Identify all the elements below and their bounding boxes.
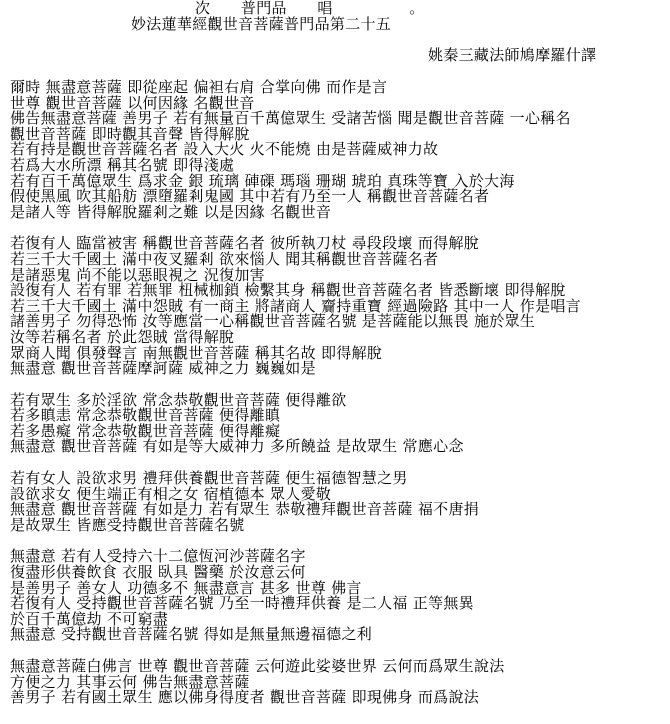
paragraph-5: 無盡意 若有人受持六十二億恆河沙菩薩名字 復盡形供養飲食 衣服 臥具 醫藥 於汝… [10,549,670,643]
text-line: 無盡意 觀世音菩薩摩訶薩 威神之力 巍巍如是 [10,361,670,377]
paragraph-1: 爾時 無盡意菩薩 即從座起 偏袒右肩 合掌向佛 而作是言 世尊 觀世音菩薩 以何… [10,80,670,220]
text-line: 無盡意 受持觀世音菩薩名號 得如是無量無邊福德之利 [10,627,670,643]
text-line: 是故眾生 皆應受持觀世音菩薩名號 [10,518,670,534]
header-annotation-line: 次 普門品 唱 。 [195,0,425,16]
paragraph-4: 若有女人 設欲求男 禮拜供養觀世音菩薩 便生福德智慧之男 設欲求女 便生端正有相… [10,471,670,533]
scripture-body: 爾時 無盡意菩薩 即從座起 偏袒右肩 合掌向佛 而作是言 世尊 觀世音菩薩 以何… [10,80,670,722]
chapter-title: 妙法蓮華經觀世音菩薩普門品第二十五 [131,16,391,32]
paragraph-3: 若有眾生 多於淫欲 常念恭敬觀世音菩薩 便得離欲 若多瞋恚 常念恭敬觀世音菩薩 … [10,393,670,455]
paragraph-2: 若復有人 臨當被害 稱觀世音菩薩名者 彼所執刀杖 尋段段壞 而得解脫 若三千大千… [10,236,670,376]
translator-credit: 姚秦三藏法師鳩摩羅什譯 [428,47,596,63]
paragraph-6: 無盡意菩薩白佛言 世尊 觀世音菩薩 云何遊此娑婆世界 云何而爲眾生說法 方便之力… [10,659,670,706]
text-line: 無盡意 觀世音菩薩 有如是等大威神力 多所饒益 是故眾生 常應心念 [10,439,670,455]
text-line: 是諸人等 皆得解脫羅剎之難 以是因緣 名觀世音 [10,205,670,221]
text-line: 善男子 若有國土眾生 應以佛身得度者 觀世音菩薩 即現佛身 而爲說法 [10,690,670,706]
